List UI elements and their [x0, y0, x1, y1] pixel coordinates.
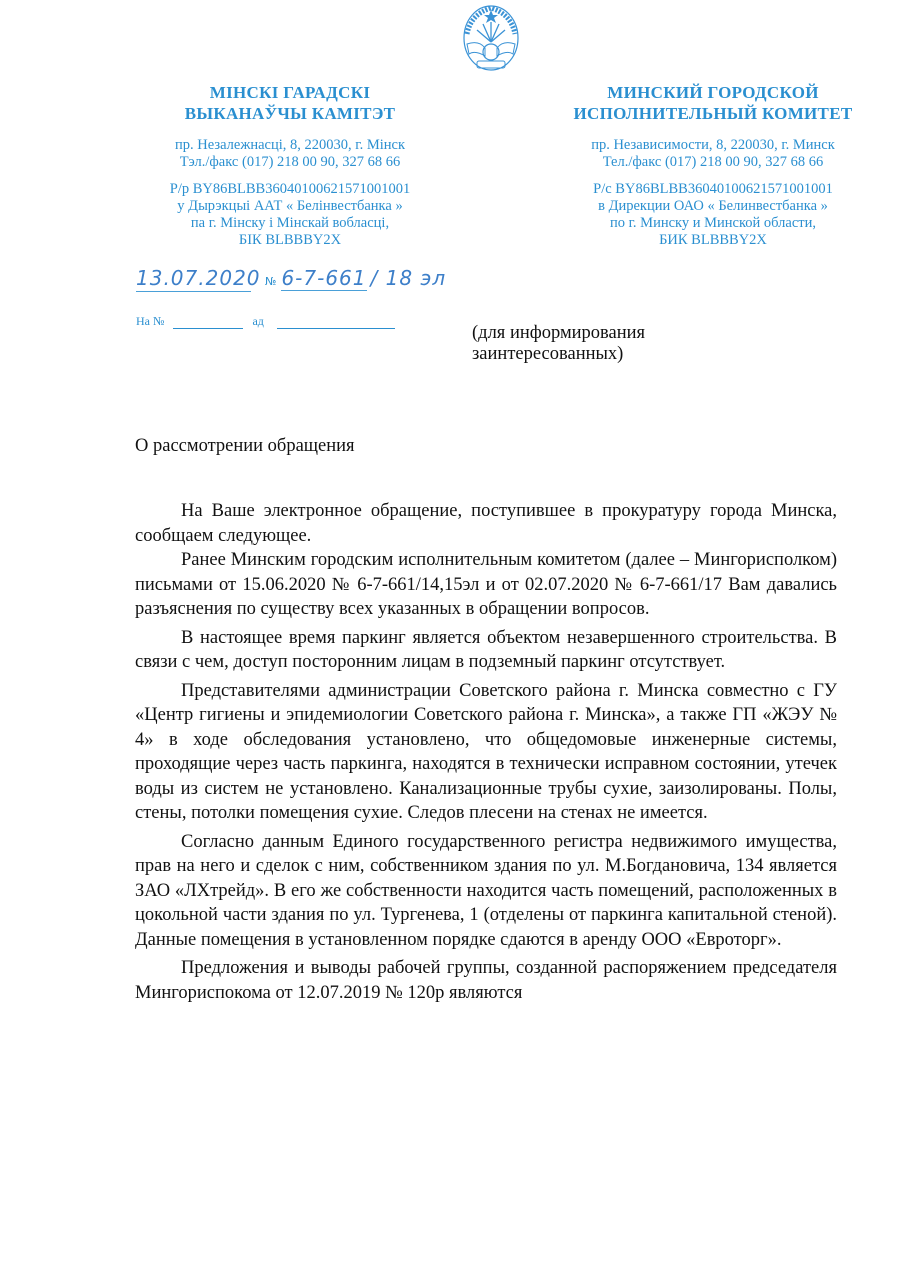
bank-account: Р/с BY86BLBB36040100621571001001 — [548, 181, 878, 198]
paragraph: На Ваше электронное обращение, поступивш… — [135, 499, 837, 548]
registration-suffix: / 18 эл — [371, 266, 447, 290]
org-name-line: МІНСКІ ГАРАДСКІ — [140, 82, 440, 103]
reply-to-label: На № — [136, 314, 164, 328]
recipient-line: заинтересованных) — [472, 344, 645, 365]
letter-body: На Ваше электронное обращение, поступивш… — [135, 499, 837, 1005]
bank-name: у Дырэкцыі ААТ « Белінвестбанка » — [115, 198, 465, 215]
bank-bic: БІК BLBBBY2X — [115, 232, 465, 249]
org-name-line: ВЫКАНАЎЧЫ КАМІТЭТ — [140, 103, 440, 124]
org-name-line: МИНСКИЙ ГОРОДСКОЙ — [548, 82, 878, 103]
reply-from-label: ад — [252, 314, 263, 328]
paragraph: Согласно данным Единого государственного… — [135, 830, 837, 953]
bank-name: в Дирекции ОАО « Белинвестбанка » — [548, 198, 878, 215]
org-name-line: ИСПОЛНИТЕЛЬНЫЙ КОМИТЕТ — [548, 103, 878, 124]
reply-reference: На № ад — [136, 314, 395, 329]
paragraph: В настоящее время паркинг является объек… — [135, 626, 837, 675]
registration-number: 6-7-661 — [281, 266, 366, 291]
bank-region: па г. Мінску і Мінскай вобласці, — [115, 215, 465, 232]
org-name-russian: МИНСКИЙ ГОРОДСКОЙ ИСПОЛНИТЕЛЬНЫЙ КОМИТЕТ — [548, 82, 878, 124]
paragraph: Представителями администрации Советского… — [135, 679, 837, 826]
address-block-russian: пр. Независимости, 8, 220030, г. Минск Т… — [548, 137, 878, 171]
address: пр. Незалежнасці, 8, 220030, г. Мінск — [115, 137, 465, 154]
bank-region: по г. Минску и Минской области, — [548, 215, 878, 232]
bank-block-russian: Р/с BY86BLBB36040100621571001001 в Дирек… — [548, 181, 878, 249]
phone: Тэл./факс (017) 218 00 90, 327 68 66 — [115, 154, 465, 171]
phone: Тел./факс (017) 218 00 90, 327 68 66 — [548, 154, 878, 171]
registration-stamp: 13.07.2020№6-7-661/ 18 эл — [136, 266, 446, 292]
address: пр. Независимости, 8, 220030, г. Минск — [548, 137, 878, 154]
recipient-line: (для информирования — [472, 323, 645, 344]
org-name-belarusian: МІНСКІ ГАРАДСКІ ВЫКАНАЎЧЫ КАМІТЭТ — [140, 82, 440, 124]
bank-account: Р/р BY86BLBB36040100621571001001 — [115, 181, 465, 198]
paragraph: Предложения и выводы рабочей группы, соз… — [135, 956, 837, 1005]
bank-bic: БИК BLBBBY2X — [548, 232, 878, 249]
recipient: (для информирования заинтересованных) — [472, 323, 645, 365]
address-block-belarusian: пр. Незалежнасці, 8, 220030, г. Мінск Тэ… — [115, 137, 465, 171]
reply-date-blank — [277, 316, 395, 329]
subject-line: О рассмотрении обращения — [135, 436, 355, 457]
number-label: № — [265, 275, 277, 288]
registration-date: 13.07.2020 — [136, 266, 251, 292]
reply-number-blank — [173, 316, 243, 329]
paragraph: Ранее Минским городским исполнительным к… — [135, 548, 837, 622]
bank-block-belarusian: Р/р BY86BLBB36040100621571001001 у Дырэк… — [115, 181, 465, 249]
coat-of-arms-icon — [461, 4, 521, 76]
